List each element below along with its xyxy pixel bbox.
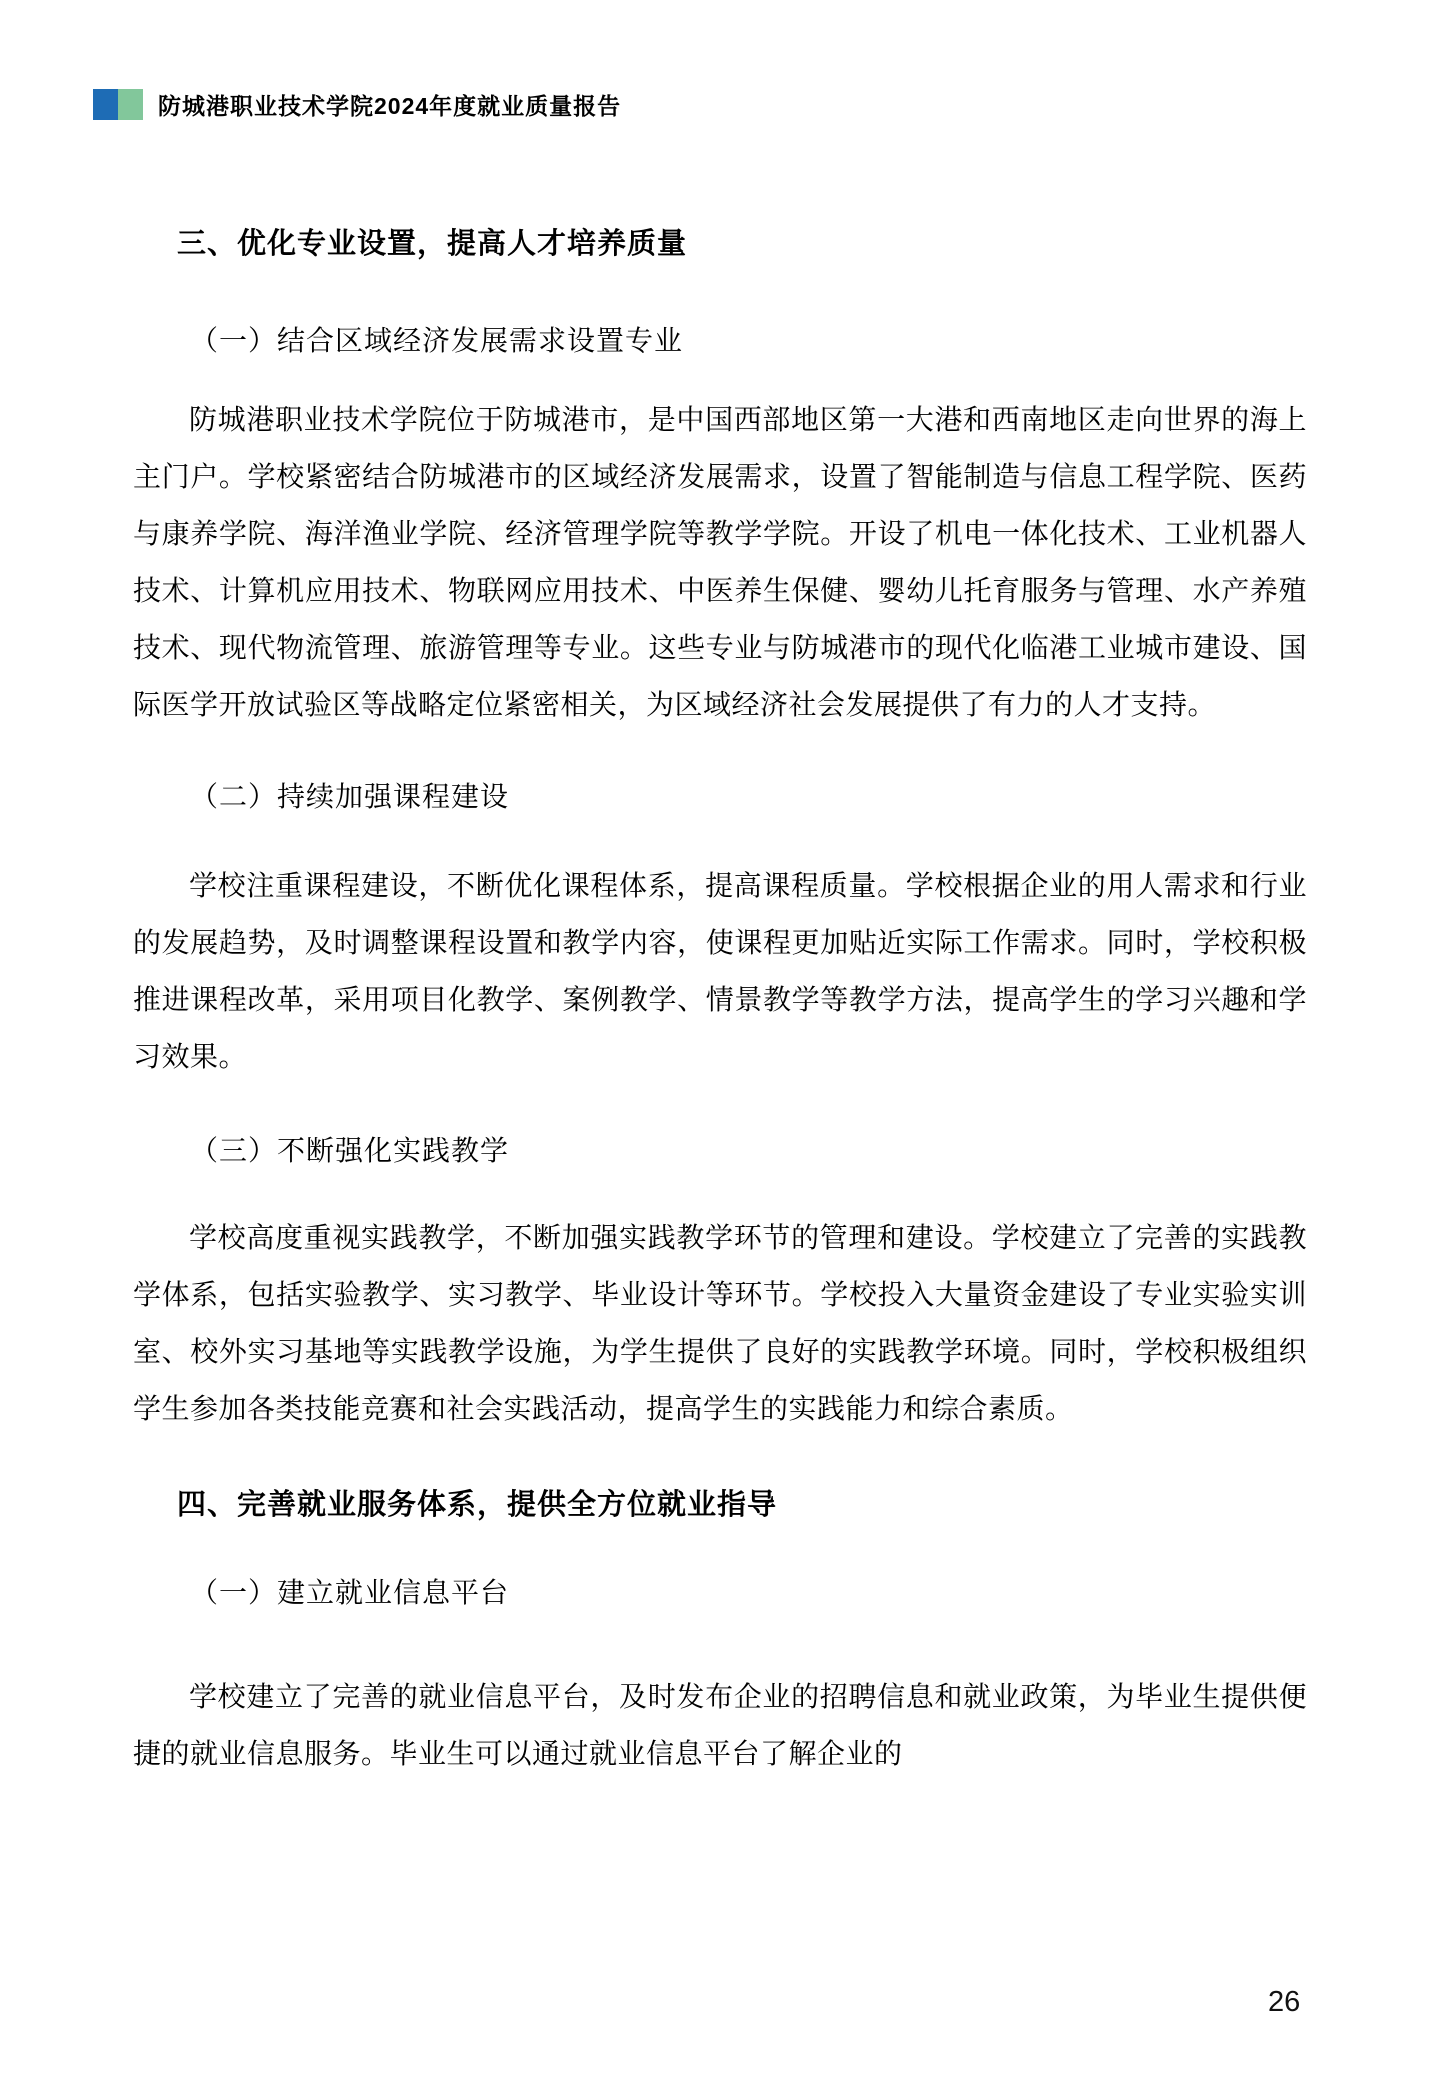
paragraph-4-1: 学校建立了完善的就业信息平台，及时发布企业的招聘信息和就业政策，为毕业生提供便捷… bbox=[133, 1668, 1307, 1782]
page-number: 26 bbox=[1268, 1986, 1300, 2019]
paragraph-3-3: 学校高度重视实践教学，不断加强实践教学环节的管理和建设。学校建立了完善的实践教学… bbox=[133, 1209, 1307, 1437]
subsection-heading-3-2: （二）持续加强课程建设 bbox=[133, 780, 1307, 814]
header-logo-green-square-icon bbox=[118, 89, 143, 120]
header-logo-blue-square-icon bbox=[93, 89, 118, 120]
report-title: 防城港职业技术学院2024年度就业质量报告 bbox=[158, 88, 621, 121]
section-heading-4: 四、完善就业服务体系，提供全方位就业指导 bbox=[133, 1487, 1307, 1523]
paragraph-3-1: 防城港职业技术学院位于防城港市，是中国西部地区第一大港和西南地区走向世界的海上主… bbox=[133, 391, 1307, 733]
subsection-heading-3-3: （三）不断强化实践教学 bbox=[133, 1134, 1307, 1168]
subsection-heading-4-1: （一）建立就业信息平台 bbox=[133, 1576, 1307, 1610]
subsection-heading-3-1: （一）结合区域经济发展需求设置专业 bbox=[133, 324, 1307, 358]
paragraph-3-2: 学校注重课程建设，不断优化课程体系，提高课程质量。学校根据企业的用人需求和行业的… bbox=[133, 857, 1307, 1085]
document-page: 防城港职业技术学院2024年度就业质量报告 三、优化专业设置，提高人才培养质量 … bbox=[0, 0, 1440, 2080]
header-logo bbox=[93, 89, 143, 120]
report-header: 防城港职业技术学院2024年度就业质量报告 bbox=[93, 88, 1307, 120]
section-heading-3: 三、优化专业设置，提高人才培养质量 bbox=[133, 226, 1307, 262]
